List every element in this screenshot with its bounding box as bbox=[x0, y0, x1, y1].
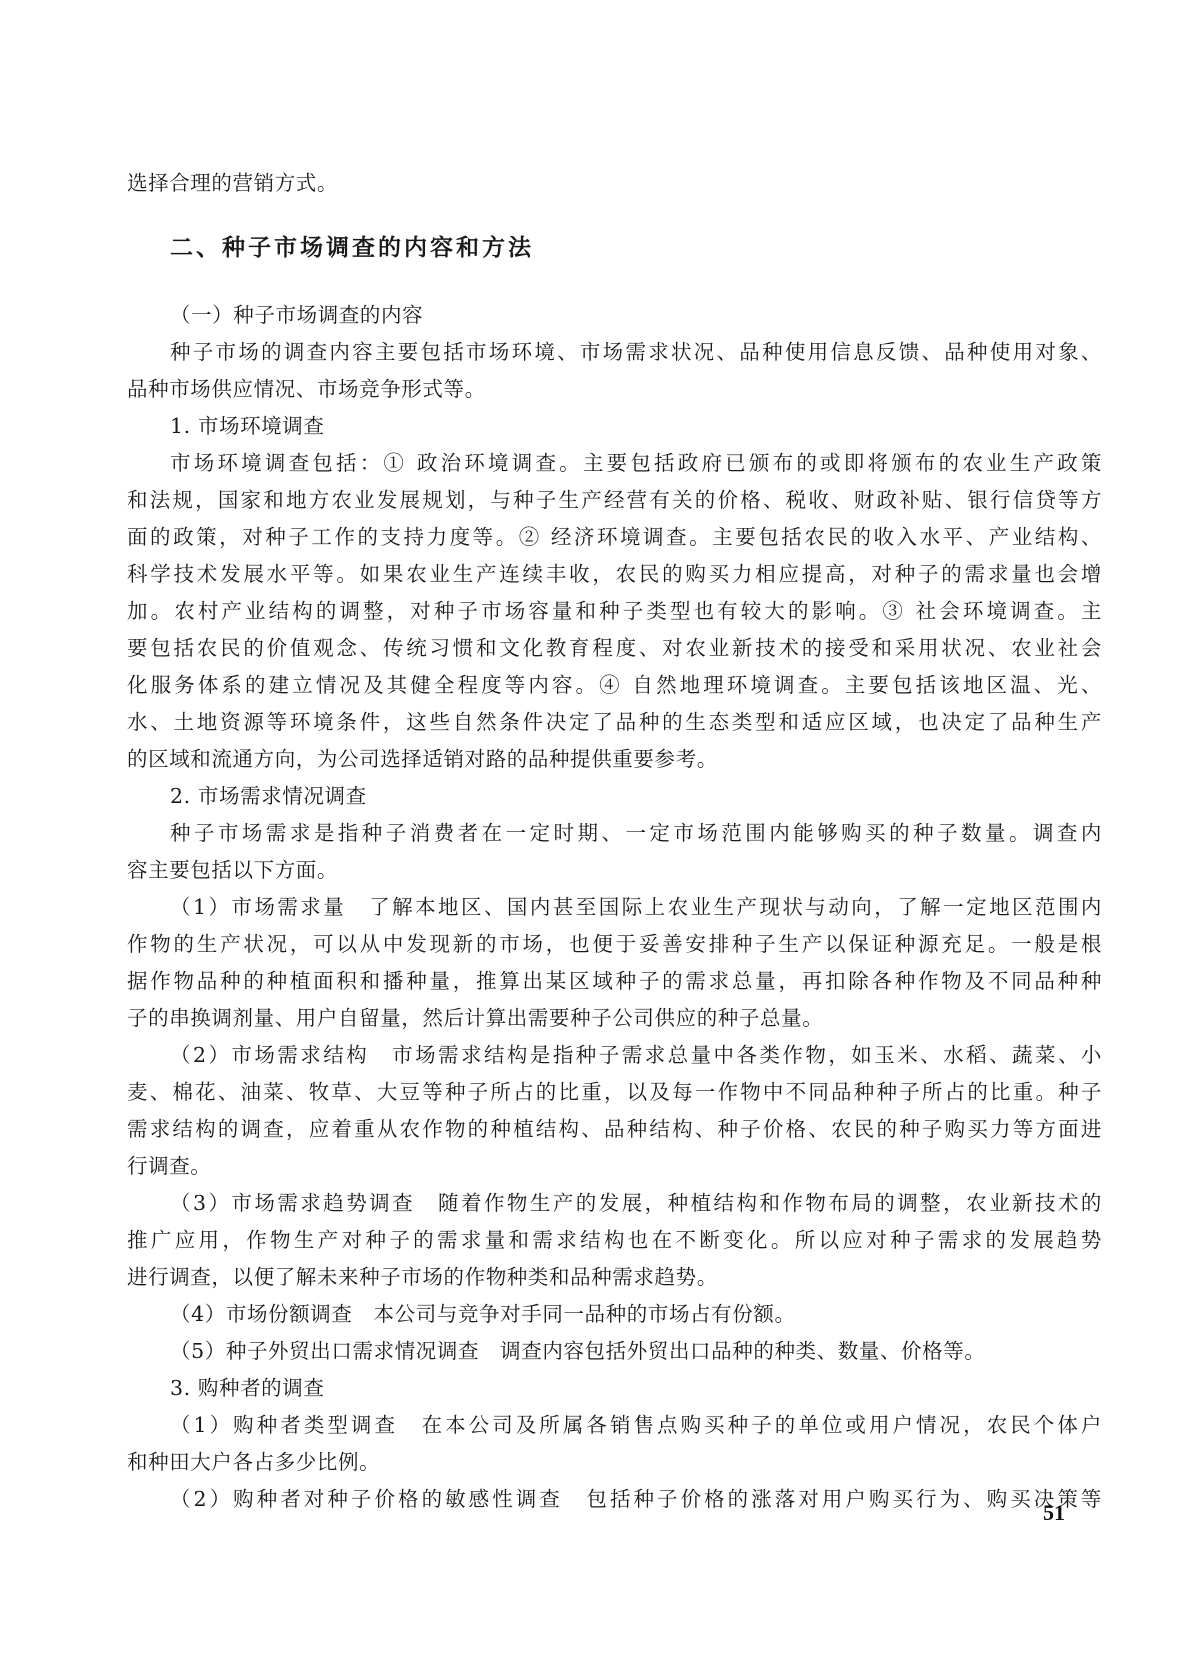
text-line: 容主要包括以下方面。 bbox=[127, 852, 1102, 889]
text-line: 加。农村产业结构的调整，对种子市场容量和种子类型也有较大的影响。③ 社会环境调查… bbox=[127, 593, 1102, 630]
text-line: （2）市场需求结构 市场需求结构是指种子需求总量中各类作物，如玉米、水稻、蔬菜、… bbox=[127, 1037, 1102, 1074]
item-heading-market-demand: 2. 市场需求情况调查 bbox=[127, 778, 1102, 815]
text-line: 化服务体系的建立情况及其健全程度等内容。④ 自然地理环境调查。主要包括该地区温、… bbox=[127, 667, 1102, 704]
intro-paragraph: 种子市场的调查内容主要包括市场环境、市场需求状况、品种使用信息反馈、品种使用对象… bbox=[127, 334, 1102, 408]
sub-item-market-share: （4）市场份额调查 本公司与竞争对手同一品种的市场占有份额。 bbox=[127, 1296, 1102, 1333]
sub-item-demand-volume: （1）市场需求量 了解本地区、国内甚至国际上农业生产现状与动向，了解一定地区范围… bbox=[127, 889, 1102, 1037]
subsection-heading: （一）种子市场调查的内容 bbox=[127, 297, 1102, 334]
text-line: 和法规，国家和地方农业发展规划，与种子生产经营有关的价格、税收、财政补贴、银行信… bbox=[127, 482, 1102, 519]
intro-line: 选择合理的营销方式。 bbox=[127, 165, 1102, 202]
document-page: 选择合理的营销方式。 二、种子市场调查的内容和方法 （一）种子市场调查的内容 种… bbox=[127, 165, 1102, 1518]
sub-item-export-demand: （5）种子外贸出口需求情况调查 调查内容包括外贸出口品种的种类、数量、价格等。 bbox=[127, 1333, 1102, 1370]
text-line: 子的串换调剂量、用户自留量，然后计算出需要种子公司供应的种子总量。 bbox=[127, 1000, 1102, 1037]
text-line: 科学技术发展水平等。如果农业生产连续丰收，农民的购买力相应提高，对种子的需求量也… bbox=[127, 556, 1102, 593]
text-line: （4）市场份额调查 本公司与竞争对手同一品种的市场占有份额。 bbox=[127, 1296, 1102, 1333]
sub-item-price-sensitivity: （2）购种者对种子价格的敏感性调查 包括种子价格的涨落对用户购买行为、购买决策等 bbox=[127, 1481, 1102, 1518]
text-line: 水、土地资源等环境条件，这些自然条件决定了品种的生态类型和适应区域，也决定了品种… bbox=[127, 704, 1102, 741]
text-line: 需求结构的调查，应着重从农作物的种植结构、品种结构、种子价格、农民的种子购买力等… bbox=[127, 1111, 1102, 1148]
text-line: （3）市场需求趋势调查 随着作物生产的发展，种植结构和作物布局的调整，农业新技术… bbox=[127, 1185, 1102, 1222]
text-line: （5）种子外贸出口需求情况调查 调查内容包括外贸出口品种的种类、数量、价格等。 bbox=[127, 1333, 1102, 1370]
text-line: 种子市场需求是指种子消费者在一定时期、一定市场范围内能够购买的种子数量。调查内 bbox=[127, 815, 1102, 852]
text-line: 和种田大户各占多少比例。 bbox=[127, 1444, 1102, 1481]
text-line: 作物的生产状况，可以从中发现新的市场，也便于妥善安排种子生产以保证种源充足。一般… bbox=[127, 926, 1102, 963]
item-heading-buyers: 3. 购种者的调查 bbox=[127, 1370, 1102, 1407]
sub-item-buyer-type: （1）购种者类型调查 在本公司及所属各销售点购买种子的单位或用户情况，农民个体户… bbox=[127, 1407, 1102, 1481]
section-heading: 二、种子市场调查的内容和方法 bbox=[127, 230, 1102, 267]
text-line: （1）购种者类型调查 在本公司及所属各销售点购买种子的单位或用户情况，农民个体户 bbox=[127, 1407, 1102, 1444]
text-line: 种子市场的调查内容主要包括市场环境、市场需求状况、品种使用信息反馈、品种使用对象… bbox=[127, 334, 1102, 371]
sub-item-demand-trend: （3）市场需求趋势调查 随着作物生产的发展，种植结构和作物布局的调整，农业新技术… bbox=[127, 1185, 1102, 1296]
item-heading-market-environment: 1. 市场环境调查 bbox=[127, 408, 1102, 445]
text-line: 品种市场供应情况、市场竞争形式等。 bbox=[127, 371, 1102, 408]
text-line: 要包括农民的价值观念、传统习惯和文化教育程度、对农业新技术的接受和采用状况、农业… bbox=[127, 630, 1102, 667]
paragraph-market-demand: 种子市场需求是指种子消费者在一定时期、一定市场范围内能够购买的种子数量。调查内 … bbox=[127, 815, 1102, 889]
text-line: 推广应用，作物生产对种子的需求量和需求结构也在不断变化。所以应对种子需求的发展趋… bbox=[127, 1222, 1102, 1259]
text-line: 麦、棉花、油菜、牧草、大豆等种子所占的比重，以及每一作物中不同品种种子所占的比重… bbox=[127, 1074, 1102, 1111]
text-line: 市场环境调查包括：① 政治环境调查。主要包括政府已颁布的或即将颁布的农业生产政策 bbox=[127, 445, 1102, 482]
text-line: 面的政策，对种子工作的支持力度等。② 经济环境调查。主要包括农民的收入水平、产业… bbox=[127, 519, 1102, 556]
text-line: 进行调查，以便了解未来种子市场的作物种类和品种需求趋势。 bbox=[127, 1259, 1102, 1296]
text-line: （1）市场需求量 了解本地区、国内甚至国际上农业生产现状与动向，了解一定地区范围… bbox=[127, 889, 1102, 926]
text-line: 的区域和流通方向，为公司选择适销对路的品种提供重要参考。 bbox=[127, 741, 1102, 778]
sub-item-demand-structure: （2）市场需求结构 市场需求结构是指种子需求总量中各类作物，如玉米、水稻、蔬菜、… bbox=[127, 1037, 1102, 1185]
text-line: 据作物品种的种植面积和播种量，推算出某区域种子的需求总量，再扣除各种作物及不同品… bbox=[127, 963, 1102, 1000]
text-line: （2）购种者对种子价格的敏感性调查 包括种子价格的涨落对用户购买行为、购买决策等 bbox=[127, 1481, 1102, 1518]
page-number: 51 bbox=[1043, 1500, 1065, 1526]
paragraph-market-environment: 市场环境调查包括：① 政治环境调查。主要包括政府已颁布的或即将颁布的农业生产政策… bbox=[127, 445, 1102, 778]
text-line: 行调查。 bbox=[127, 1148, 1102, 1185]
